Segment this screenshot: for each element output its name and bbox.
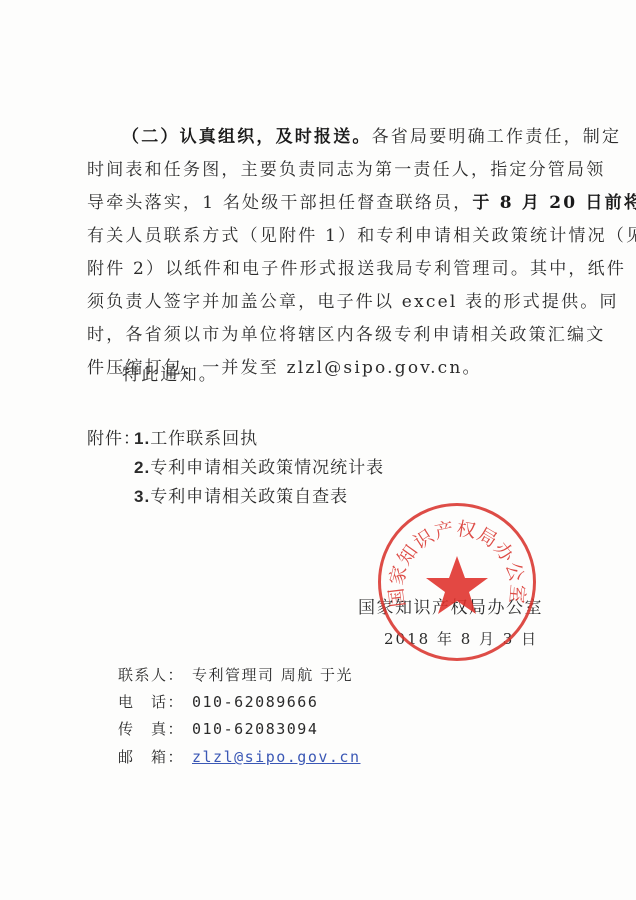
paragraph-line-4: 有关人员联系方式（见附件 1）和专利申请相关政策统计情况（见 <box>87 221 636 246</box>
paragraph-line-2: 时间表和任务图，主要负责同志为第一责任人，指定分管局领 <box>87 155 605 180</box>
paragraph-line-5: 附件 2）以纸件和电子件形式报送我局专利管理司。其中，纸件 <box>87 254 626 279</box>
deadline-text: 于 8 月 20 日前将 <box>472 193 636 213</box>
contact-fax: 传 真：010-62083094 <box>118 718 318 739</box>
paragraph-line-1: （二）认真组织，及时报送。各省局要明确工作责任，制定 <box>122 122 621 147</box>
paragraph-line-7: 时，各省须以市为单位将辖区内各级专利申请相关政策汇编文 <box>87 320 605 345</box>
attachments-label: 附件： <box>87 424 141 449</box>
attachment-item-3: 3.专利申请相关政策自查表 <box>134 482 348 507</box>
closing-line: 特此通知。 <box>122 360 218 385</box>
attachment-item-2: 2.专利申请相关政策情况统计表 <box>134 453 384 478</box>
attachment-item-1: 1.工作联系回执 <box>134 424 258 449</box>
signing-date: 2018 年 8 月 3 日 <box>384 628 538 649</box>
contact-email: 邮 箱：zlzl@sipo.gov.cn <box>118 746 361 767</box>
email-link[interactable]: zlzl@sipo.gov.cn <box>192 748 361 766</box>
signing-organization: 国家知识产权局办公室 <box>358 593 543 618</box>
paragraph-heading: （二）认真组织，及时报送。 <box>122 127 372 147</box>
paragraph-line-3: 导牵头落实，1 名处级干部担任督查联络员，于 8 月 20 日前将 <box>87 188 636 213</box>
contact-phone: 电 话：010-62089666 <box>118 691 318 712</box>
contact-person: 联系人：专利管理司 周航 于光 <box>118 664 353 685</box>
paragraph-line-6: 须负责人签字并加盖公章，电子件以 excel 表的形式提供。同 <box>87 287 619 312</box>
